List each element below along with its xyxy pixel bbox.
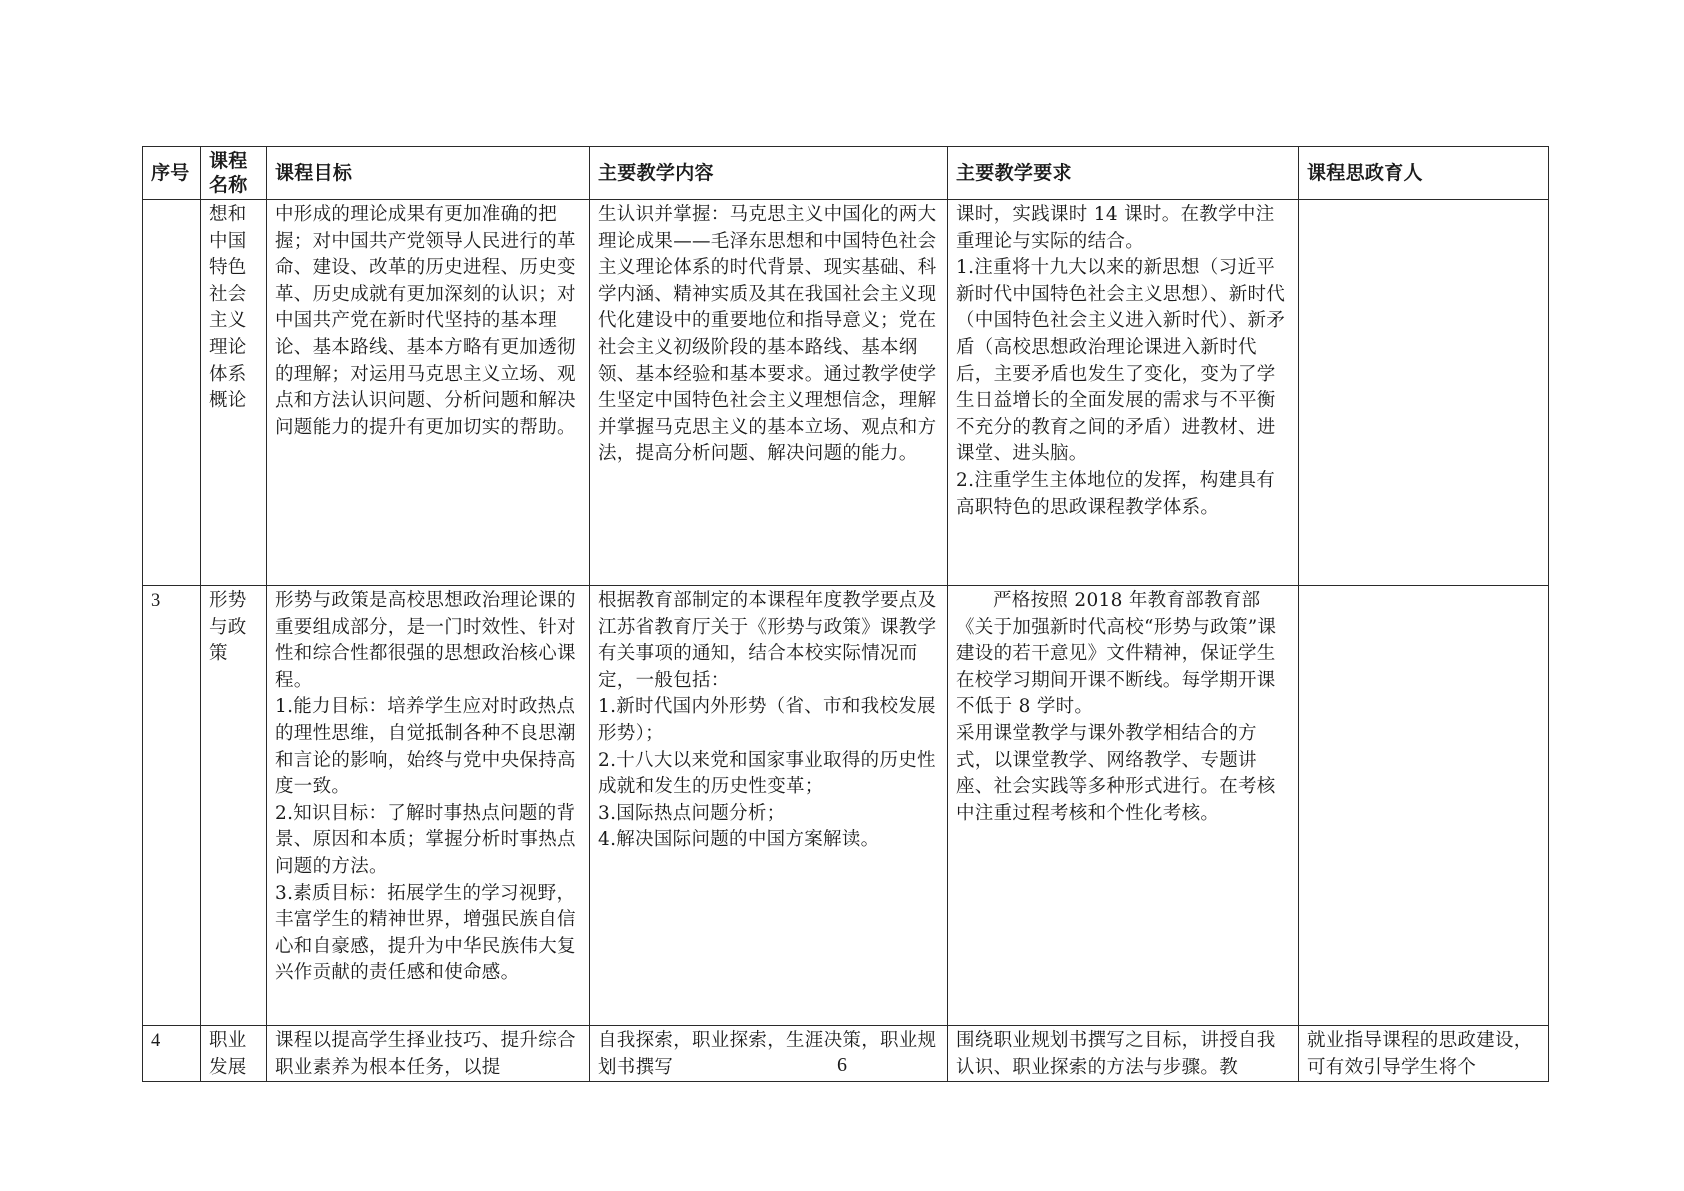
header-course-name: 课程名称 xyxy=(201,147,267,200)
row-ideology-education xyxy=(1299,200,1549,586)
table-row: 3 形势与政策 形势与政策是高校思想政治理论课的重要组成部分，是一门时效性、针对… xyxy=(143,586,1549,1026)
header-seq: 序号 xyxy=(143,147,201,200)
header-teaching-requirements: 主要教学要求 xyxy=(948,147,1299,200)
header-teaching-content: 主要教学内容 xyxy=(590,147,948,200)
row-teaching-requirements: 课时，实践课时 14 课时。在教学中注重理论与实际的结合。 1.注重将十九大以来… xyxy=(948,200,1299,586)
content-line: 4.解决国际问题的中国方案解读。 xyxy=(598,827,939,854)
row-course-name: 想和中国特色社会主义理论体系概论 xyxy=(201,200,267,586)
requirement-line: 严格按照 2018 年教育部教育部《关于加强新时代高校“形势与政策”课建设的若干… xyxy=(956,588,1290,721)
row-ideology-education xyxy=(1299,586,1549,1026)
row-seq xyxy=(143,200,201,586)
requirement-line: 课时，实践课时 14 课时。在教学中注重理论与实际的结合。 xyxy=(956,202,1290,255)
header-course-goal: 课程目标 xyxy=(267,147,590,200)
content-line: 根据教育部制定的本课程年度教学要点及江苏省教育厅关于《形势与政策》课教学有关事项… xyxy=(598,588,939,694)
row-course-goal: 中形成的理论成果有更加准确的把握；对中国共产党领导人民进行的革命、建设、改革的历… xyxy=(267,200,590,586)
row-course-name: 形势与政策 xyxy=(201,586,267,1026)
content-line: 2.十八大以来党和国家事业取得的历史性成就和发生的历史性变革； xyxy=(598,748,939,801)
row-seq: 3 xyxy=(143,586,201,1026)
goal-line: 3.素质目标：拓展学生的学习视野，丰富学生的精神世界，增强民族自信心和自豪感，提… xyxy=(275,881,581,987)
goal-line: 2.知识目标：了解时事热点问题的背景、原因和本质；掌握分析时事热点问题的方法。 xyxy=(275,801,581,881)
row-teaching-content: 根据教育部制定的本课程年度教学要点及江苏省教育厅关于《形势与政策》课教学有关事项… xyxy=(590,586,948,1026)
document-page: 序号 课程名称 课程目标 主要教学内容 主要教学要求 课程思政育人 想和中国特色… xyxy=(0,0,1684,1191)
requirement-line: 2.注重学生主体地位的发挥，构建具有高职特色的思政课程教学体系。 xyxy=(956,468,1290,521)
course-table: 序号 课程名称 课程目标 主要教学内容 主要教学要求 课程思政育人 想和中国特色… xyxy=(142,146,1549,1082)
goal-line: 形势与政策是高校思想政治理论课的重要组成部分，是一门时效性、针对性和综合性都很强… xyxy=(275,588,581,694)
requirement-line: 采用课堂教学与课外教学相结合的方式，以课堂教学、网络教学、专题讲座、社会实践等多… xyxy=(956,721,1290,827)
table-header-row: 序号 课程名称 课程目标 主要教学内容 主要教学要求 课程思政育人 xyxy=(143,147,1549,200)
content-line: 3.国际热点问题分析； xyxy=(598,801,939,828)
goal-line: 1.能力目标：培养学生应对时政热点的理性思维，自觉抵制各种不良思潮和言论的影响，… xyxy=(275,694,581,800)
content-line: 1.新时代国内外形势（省、市和我校发展形势）； xyxy=(598,694,939,747)
row-teaching-requirements: 严格按照 2018 年教育部教育部《关于加强新时代高校“形势与政策”课建设的若干… xyxy=(948,586,1299,1026)
row-course-goal: 形势与政策是高校思想政治理论课的重要组成部分，是一门时效性、针对性和综合性都很强… xyxy=(267,586,590,1026)
row-teaching-content: 生认识并掌握：马克思主义中国化的两大理论成果——毛泽东思想和中国特色社会主义理论… xyxy=(590,200,948,586)
requirement-line: 1.注重将十九大以来的新思想（习近平新时代中国特色社会主义思想）、新时代（中国特… xyxy=(956,255,1290,468)
page-number: 6 xyxy=(0,1054,1684,1077)
table-row: 想和中国特色社会主义理论体系概论 中形成的理论成果有更加准确的把握；对中国共产党… xyxy=(143,200,1549,586)
header-ideology-education: 课程思政育人 xyxy=(1299,147,1549,200)
